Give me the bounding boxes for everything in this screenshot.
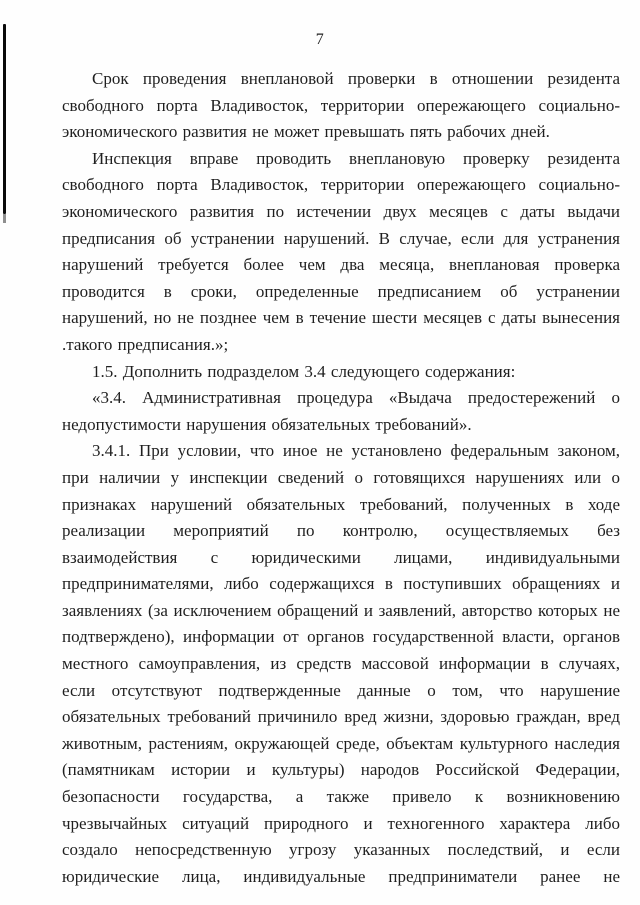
page-number: 7 — [0, 31, 640, 49]
scan-artifact-left-edge-tail — [3, 214, 6, 223]
paragraph: 1.5. Дополнить подразделом 3.4 следующег… — [62, 359, 620, 386]
paragraph: Инспекция вправе проводить внеплановую п… — [62, 146, 620, 359]
scan-artifact-left-edge — [3, 24, 6, 214]
document-body: Срок проведения внеплановой проверки в о… — [62, 66, 620, 890]
paragraph: Срок проведения внеплановой проверки в о… — [62, 66, 620, 146]
paragraph: 3.4.1. При условии, что иное не установл… — [62, 438, 620, 890]
paragraph: «3.4. Административная процедура «Выдача… — [62, 385, 620, 438]
scanned-document-page: 7 Срок проведения внеплановой проверки в… — [0, 0, 640, 905]
